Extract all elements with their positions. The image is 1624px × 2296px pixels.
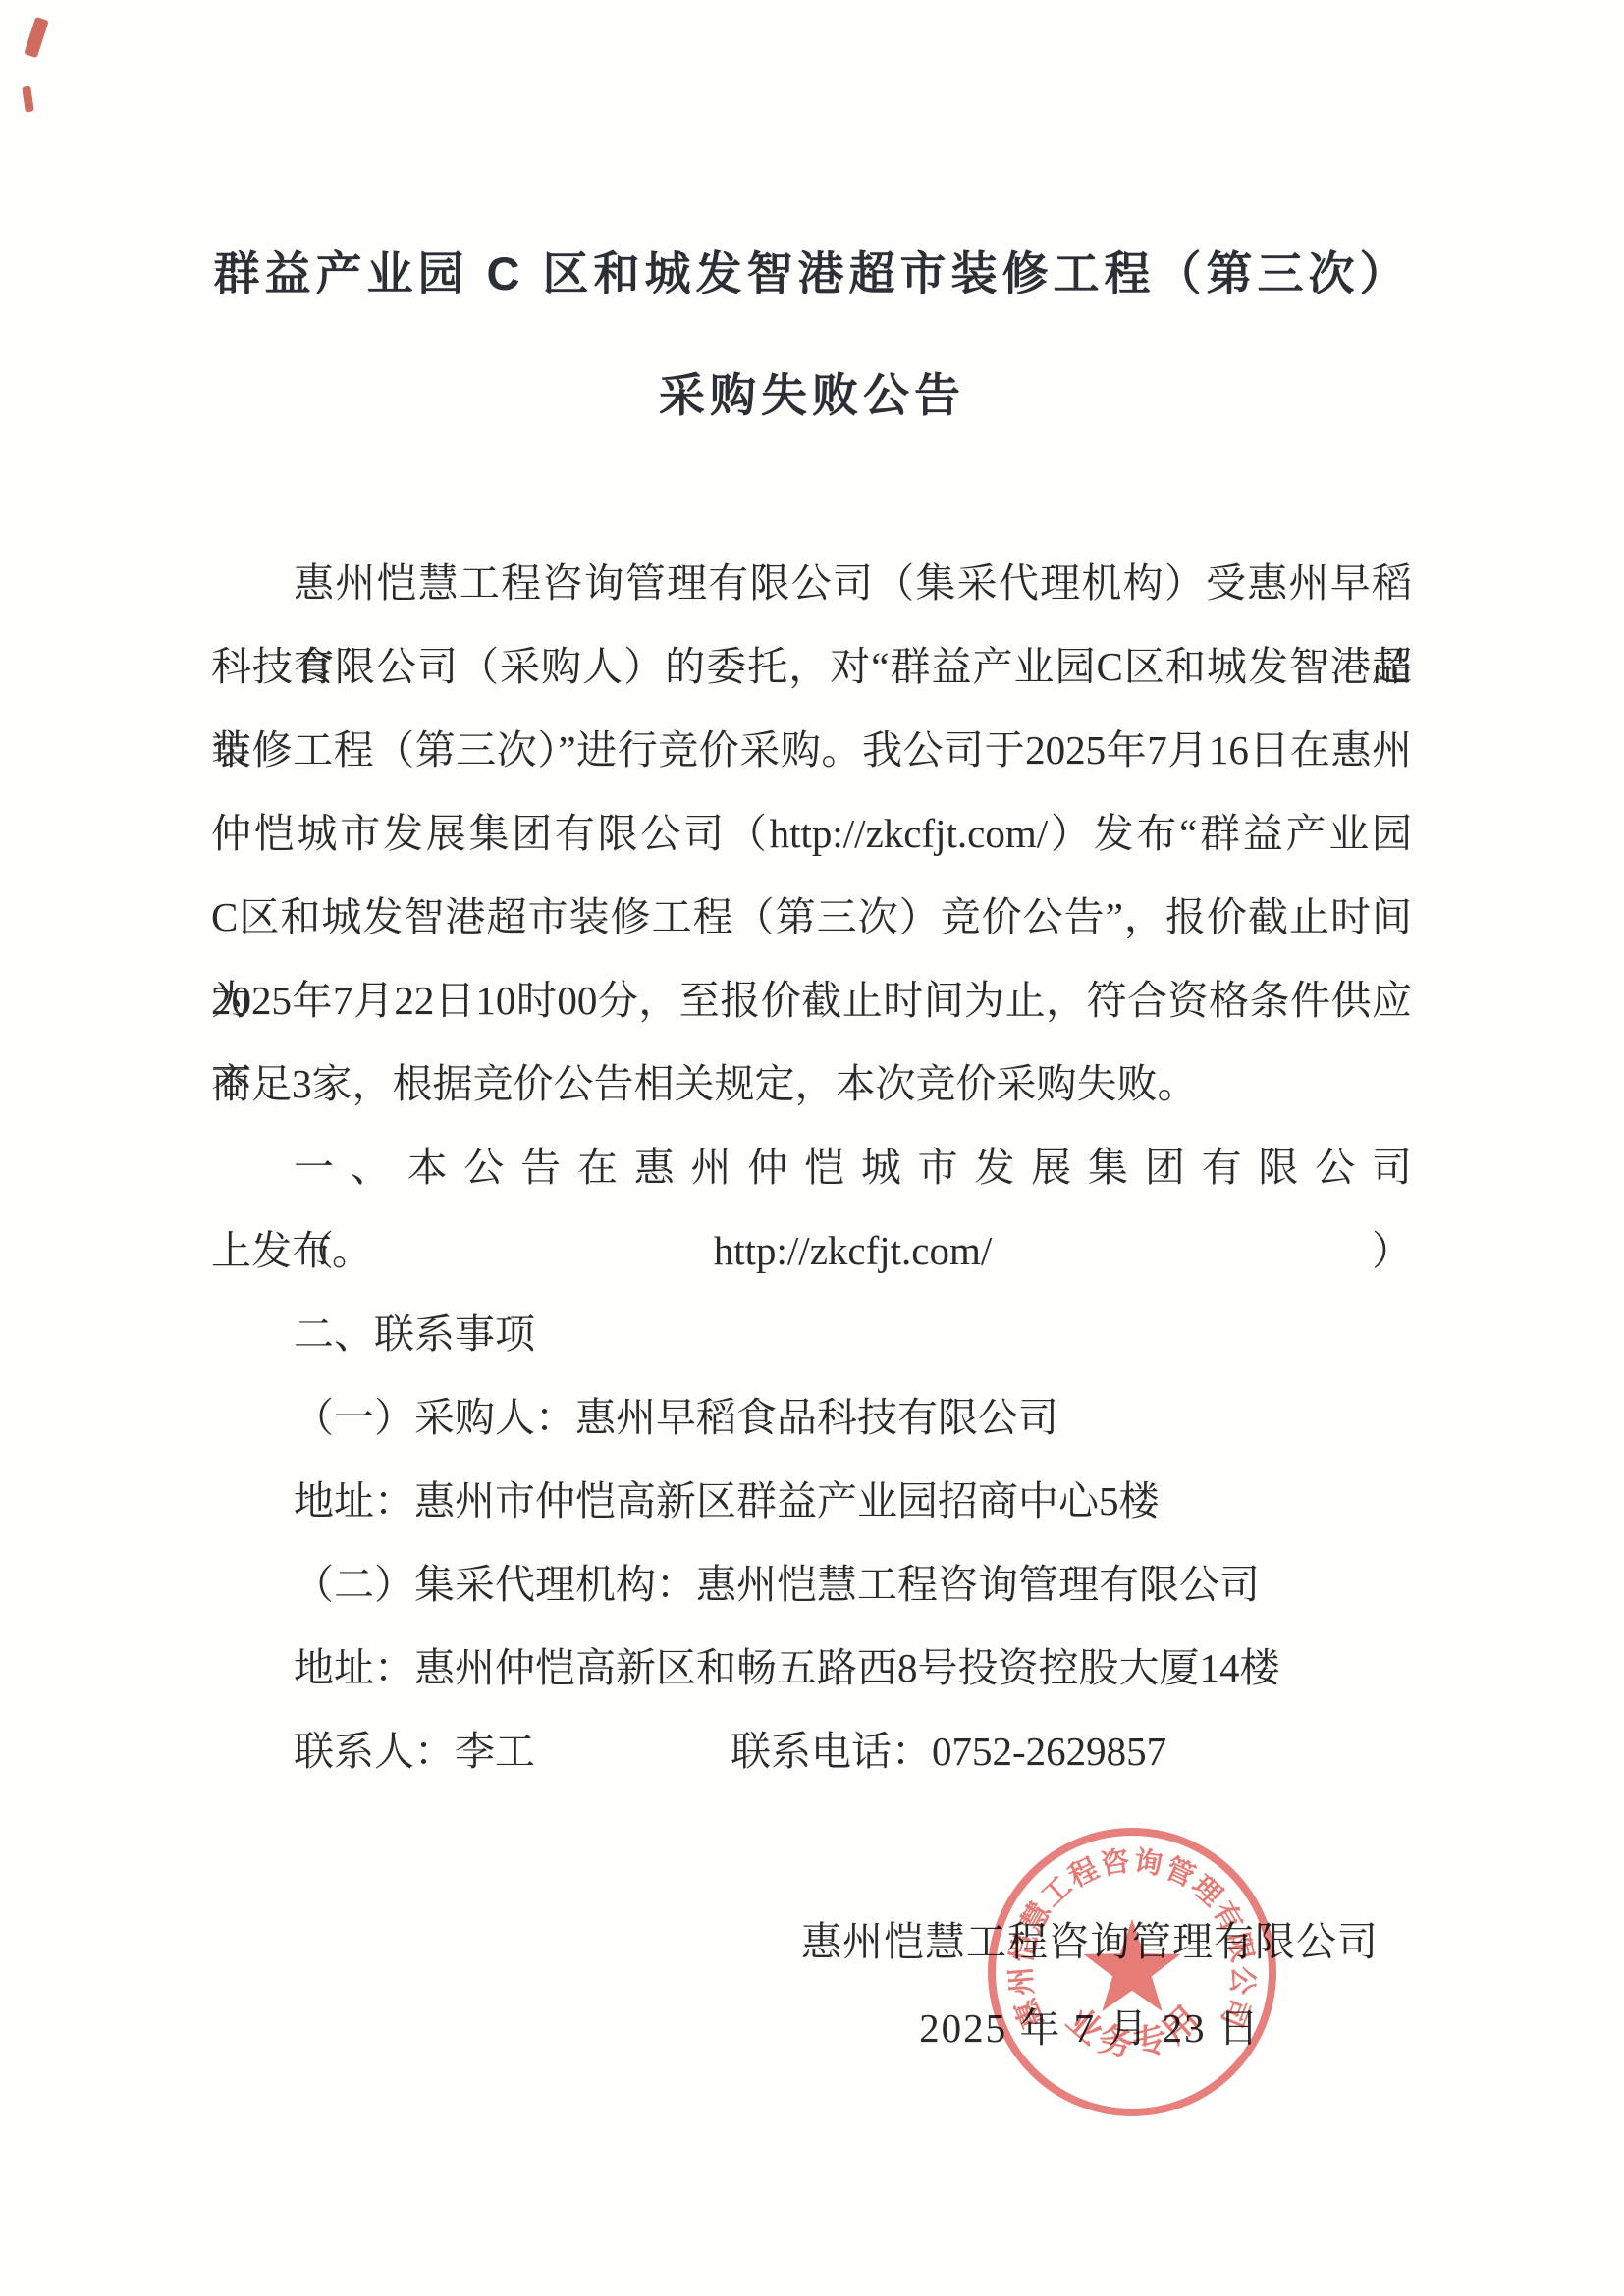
section-heading-contact: 二、联系事项	[211, 1293, 1412, 1376]
document-title-line1: 群益产业园 C 区和城发智港超市装修工程（第三次）	[0, 238, 1624, 303]
agency-line: （二）集采代理机构：惠州恺慧工程咨询管理有限公司	[211, 1543, 1412, 1627]
body-line: 惠州恺慧工程咨询管理有限公司（集采代理机构）受惠州早稻食品	[211, 542, 1412, 625]
signature-company: 惠州恺慧工程咨询管理有限公司	[687, 1912, 1492, 1971]
purchaser-line: （一）采购人：惠州早稻食品科技有限公司	[211, 1376, 1412, 1460]
body-line: 装修工程（第三次）”进行竞价采购。我公司于2025年7月16日在惠州	[211, 709, 1412, 792]
contact-row: 联系人：李工 联系电话：0752-2629857	[211, 1710, 1412, 1793]
signature-block: 惠州恺慧工程咨询管理有限公司 2025 年 7 月 23 日	[687, 1912, 1492, 2056]
body-line: 2025年7月22日10时00分，至报价截止时间为止，符合资格条件供应商	[211, 959, 1412, 1042]
body-line: 不足3家，根据竞价公告相关规定，本次竞价采购失败。	[211, 1042, 1412, 1126]
scan-mark	[22, 86, 34, 113]
signature-date: 2025 年 7 月 23 日	[687, 2001, 1492, 2056]
agency-address-line: 地址：惠州仲恺高新区和畅五路西8号投资控股大厦14楼	[211, 1627, 1412, 1710]
contact-phone: 联系电话：0752-2629857	[731, 1710, 1166, 1793]
document-body: 惠州恺慧工程咨询管理有限公司（集采代理机构）受惠州早稻食品 科技有限公司（采购人…	[211, 542, 1412, 1793]
body-line: C区和城发智港超市装修工程（第三次）竞价公告”，报价截止时间为	[211, 876, 1412, 959]
document-page: 群益产业园 C 区和城发智港超市装修工程（第三次） 采购失败公告 惠州恺慧工程咨…	[0, 0, 1624, 2296]
body-line: 科技有限公司（采购人）的委托，对“群益产业园C区和城发智港超市	[211, 625, 1412, 709]
document-title-line2: 采购失败公告	[0, 359, 1624, 425]
body-line: 仲恺城市发展集团有限公司（http://zkcfjt.com/）发布“群益产业园	[211, 792, 1412, 876]
contact-person: 联系人：李工	[294, 1710, 535, 1793]
scan-mark	[24, 17, 49, 58]
body-line: 一、本公告在惠州仲恺城市发展集团有限公司（http://zkcfjt.com/）	[211, 1126, 1412, 1209]
purchaser-address-line: 地址：惠州市仲恺高新区群益产业园招商中心5楼	[211, 1460, 1412, 1543]
